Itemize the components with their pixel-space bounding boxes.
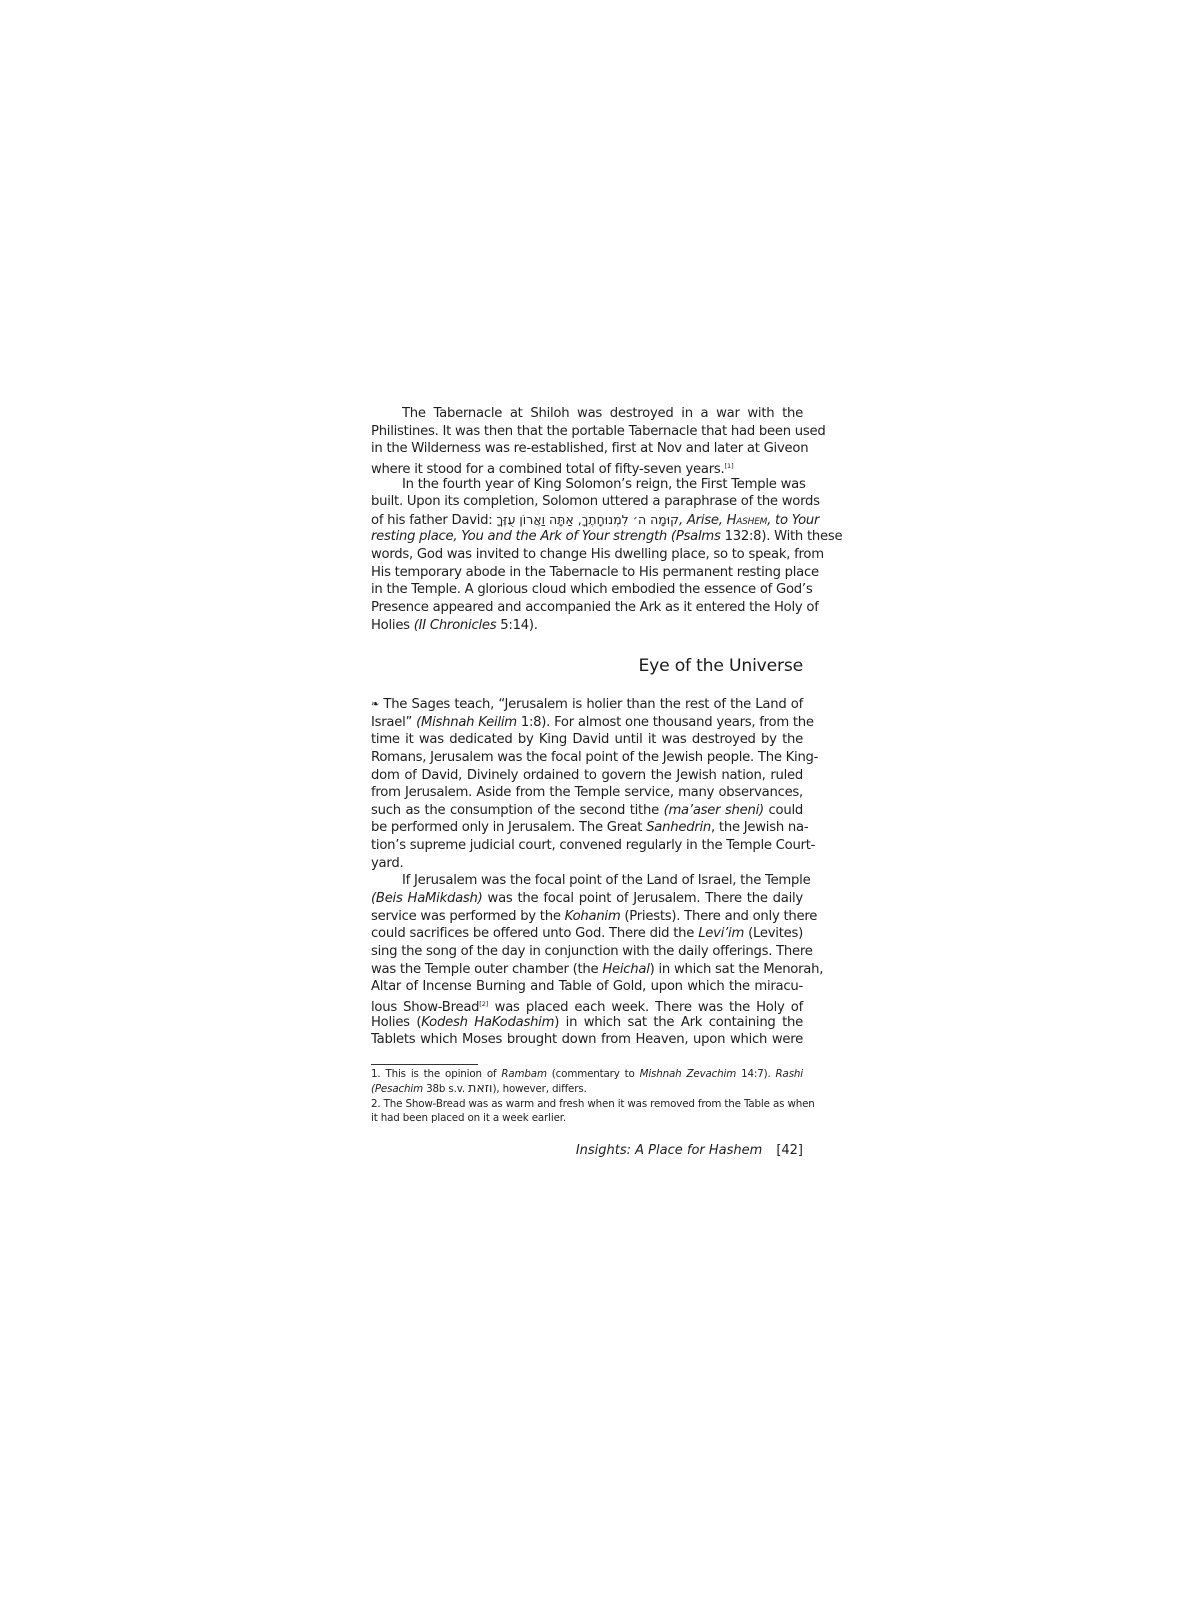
text-segment: was the focal point of Jerusalem. There … xyxy=(483,891,803,906)
text-line: could sacrifices be offered unto God. Th… xyxy=(371,925,803,943)
text-segment: Heichal xyxy=(602,962,649,977)
text-segment: (Levites) xyxy=(744,926,803,941)
text-segment: , Arise, xyxy=(679,513,727,528)
text-line: in the Temple. A glorious cloud which em… xyxy=(371,581,803,599)
body-section-eye-of-universe: ❧The Sages teach, “Jerusalem is holier t… xyxy=(371,696,803,1049)
text-line: Philistines. It was then that the portab… xyxy=(371,423,803,441)
text-line: Presence appeared and accompanied the Ar… xyxy=(371,599,803,617)
footnotes: 1. This is the opinion of Rambam (commen… xyxy=(371,1068,803,1125)
text-segment: (II Chronicles xyxy=(414,618,501,633)
text-segment: Rambam xyxy=(501,1068,546,1080)
text-segment: 38b s.v. xyxy=(423,1083,468,1095)
text-segment: 2. The Show-Bread was as warm and fresh … xyxy=(371,1098,815,1110)
text-segment: service was performed by the xyxy=(371,909,565,924)
section-heading-text: Eye of the Universe xyxy=(638,656,803,676)
text-line: If Jerusalem was the focal point of the … xyxy=(371,872,803,890)
text-segment: Rashi xyxy=(776,1068,803,1080)
footnote-separator xyxy=(371,1064,478,1065)
text-segment: Levi’im xyxy=(698,926,744,941)
text-segment: where it stood for a combined total of f… xyxy=(371,462,724,477)
text-line: resting place, You and the Ark of Your s… xyxy=(371,528,803,546)
text-segment: Tablets which Moses brought down from He… xyxy=(371,1032,803,1047)
text-segment: ) in which sat the Ark containing the xyxy=(554,1015,803,1030)
text-line: tion’s supreme judicial court, convened … xyxy=(371,837,803,855)
text-segment: (Mishnah Keilim xyxy=(416,715,521,730)
text-segment: 14:7). xyxy=(736,1068,775,1080)
text-line: Holies (Kodesh HaKodashim) in which sat … xyxy=(371,1014,803,1032)
text-segment: (Pesachim xyxy=(371,1083,423,1095)
text-segment: yard. xyxy=(371,856,403,871)
text-segment: Holies xyxy=(371,618,414,633)
text-line: from Jerusalem. Aside from the Temple se… xyxy=(371,784,803,802)
text-segment: ) in which sat the Menorah, xyxy=(650,962,824,977)
text-line: such as the consumption of the second ti… xyxy=(371,802,803,820)
book-page: The Tabernacle at Shiloh was destroyed i… xyxy=(371,405,803,634)
text-line: be performed only in Jerusalem. The Grea… xyxy=(371,819,803,837)
text-segment: Mishnah Zevachim xyxy=(640,1068,737,1080)
hebrew-text: קוּמָה ה׳ לִמְנוּחָתֶךָ, אַתָּה וַאֲרוֹן… xyxy=(496,512,679,527)
footnote-line: (Pesachim 38b s.v. וזאת), however, diffe… xyxy=(371,1081,803,1094)
text-segment: , the Jewish na- xyxy=(711,820,808,835)
text-segment: words, God was invited to change His dwe… xyxy=(371,547,824,562)
text-segment: 5:14). xyxy=(500,618,537,633)
text-segment: in the Wilderness was re-established, fi… xyxy=(371,441,808,456)
text-line: time it was dedicated by King David unti… xyxy=(371,731,803,749)
text-segment: ), however, differs. xyxy=(492,1083,586,1095)
text-line: Holies (II Chronicles 5:14). xyxy=(371,617,803,635)
text-line: where it stood for a combined total of f… xyxy=(371,458,803,476)
section-ornament-icon: ❧ xyxy=(371,696,379,714)
text-segment: Holies ( xyxy=(371,1015,421,1030)
text-segment: (Beis HaMikdash) xyxy=(371,891,483,906)
text-segment: The Tabernacle at Shiloh was destroyed i… xyxy=(402,406,803,421)
text-line: dom of David, Divinely ordained to gover… xyxy=(371,767,803,785)
footnote-reference: [1] xyxy=(724,462,733,470)
page-number: [42] xyxy=(776,1143,803,1158)
running-footer: Insights: A Place for Hashem[42] xyxy=(576,1143,803,1158)
text-line: Romans, Jerusalem was the focal point of… xyxy=(371,749,803,767)
text-segment: resting place, You and the Ark of Your s… xyxy=(371,529,725,544)
text-line: Altar of Incense Burning and Table of Go… xyxy=(371,978,803,996)
footnote-line: 2. The Show-Bread was as warm and fresh … xyxy=(371,1098,803,1111)
section-heading: Eye of the Universe xyxy=(638,656,803,676)
text-segment: Israel” xyxy=(371,715,416,730)
text-line: sing the song of the day in conjunction … xyxy=(371,943,803,961)
text-segment: 132:8). With these xyxy=(725,529,843,544)
text-segment: Romans, Jerusalem was the focal point of… xyxy=(371,750,818,765)
text-segment: could sacrifices be offered unto God. Th… xyxy=(371,926,698,941)
text-segment: dom of David, Divinely ordained to gover… xyxy=(371,768,803,783)
footnote-line: it had been placed on it a week earlier. xyxy=(371,1112,803,1125)
text-segment: In the fourth year of King Solomon’s rei… xyxy=(402,477,806,492)
text-segment: tion’s supreme judicial court, convened … xyxy=(371,838,815,853)
text-segment: Kodesh HaKodashim xyxy=(421,1015,554,1030)
text-line: The Tabernacle at Shiloh was destroyed i… xyxy=(371,405,803,423)
text-segment: from Jerusalem. Aside from the Temple se… xyxy=(371,785,803,800)
footnote-line: 1. This is the opinion of Rambam (commen… xyxy=(371,1068,803,1081)
text-segment: Hashem xyxy=(727,513,768,528)
text-segment: His temporary abode in the Tabernacle to… xyxy=(371,565,819,580)
book-title: Insights: A Place for Hashem xyxy=(576,1143,762,1158)
text-segment: The Sages teach, “Jerusalem is holier th… xyxy=(383,697,803,712)
text-line: built. Upon its completion, Solomon utte… xyxy=(371,493,803,511)
text-segment: was placed each week. There was the Holy… xyxy=(488,1000,803,1015)
text-line: was the Temple outer chamber (the Heicha… xyxy=(371,961,803,979)
text-line: in the Wilderness was re-established, fi… xyxy=(371,440,803,458)
text-line: service was performed by the Kohanim (Pr… xyxy=(371,908,803,926)
hebrew-text: וזאת xyxy=(468,1080,492,1095)
text-line: ❧The Sages teach, “Jerusalem is holier t… xyxy=(371,696,803,714)
text-line: words, God was invited to change His dwe… xyxy=(371,546,803,564)
text-line: In the fourth year of King Solomon’s rei… xyxy=(371,476,803,494)
text-segment: Altar of Incense Burning and Table of Go… xyxy=(371,979,803,994)
text-segment: Philistines. It was then that the portab… xyxy=(371,424,826,439)
text-segment: (ma’aser sheni) xyxy=(664,803,764,818)
text-segment: (Priests). There and only there xyxy=(620,909,817,924)
text-line: (Beis HaMikdash) was the focal point of … xyxy=(371,890,803,908)
text-segment: (commentary to xyxy=(547,1068,640,1080)
text-line: Israel” (Mishnah Keilim 1:8). For almost… xyxy=(371,714,803,732)
text-line: lous Show-Bread[2] was placed each week.… xyxy=(371,996,803,1014)
text-segment: such as the consumption of the second ti… xyxy=(371,803,664,818)
text-line: His temporary abode in the Tabernacle to… xyxy=(371,564,803,582)
text-segment: Kohanim xyxy=(565,909,621,924)
text-segment: 1:8). For almost one thousand years, fro… xyxy=(521,715,814,730)
text-segment: If Jerusalem was the focal point of the … xyxy=(402,873,810,888)
text-segment: it had been placed on it a week earlier. xyxy=(371,1112,566,1124)
text-segment: Sanhedrin xyxy=(646,820,711,835)
text-line: Tablets which Moses brought down from He… xyxy=(371,1031,803,1049)
text-segment: be performed only in Jerusalem. The Grea… xyxy=(371,820,646,835)
text-segment: built. Upon its completion, Solomon utte… xyxy=(371,494,820,509)
text-segment: lous Show-Bread xyxy=(371,1000,479,1015)
text-segment: of his father David: xyxy=(371,513,496,528)
text-line: yard. xyxy=(371,855,803,873)
text-segment: was the Temple outer chamber (the xyxy=(371,962,602,977)
text-segment: 1. This is the opinion of xyxy=(371,1068,501,1080)
text-segment: sing the song of the day in conjunction … xyxy=(371,944,813,959)
text-segment: could xyxy=(764,803,803,818)
text-segment: time it was dedicated by King David unti… xyxy=(371,732,803,747)
text-segment: in the Temple. A glorious cloud which em… xyxy=(371,582,812,597)
body-section-tabernacle: The Tabernacle at Shiloh was destroyed i… xyxy=(371,405,803,634)
text-segment: , to Your xyxy=(767,513,819,528)
text-segment: Presence appeared and accompanied the Ar… xyxy=(371,600,819,615)
text-line: of his father David: קוּמָה ה׳ לִמְנוּחָ… xyxy=(371,511,803,529)
